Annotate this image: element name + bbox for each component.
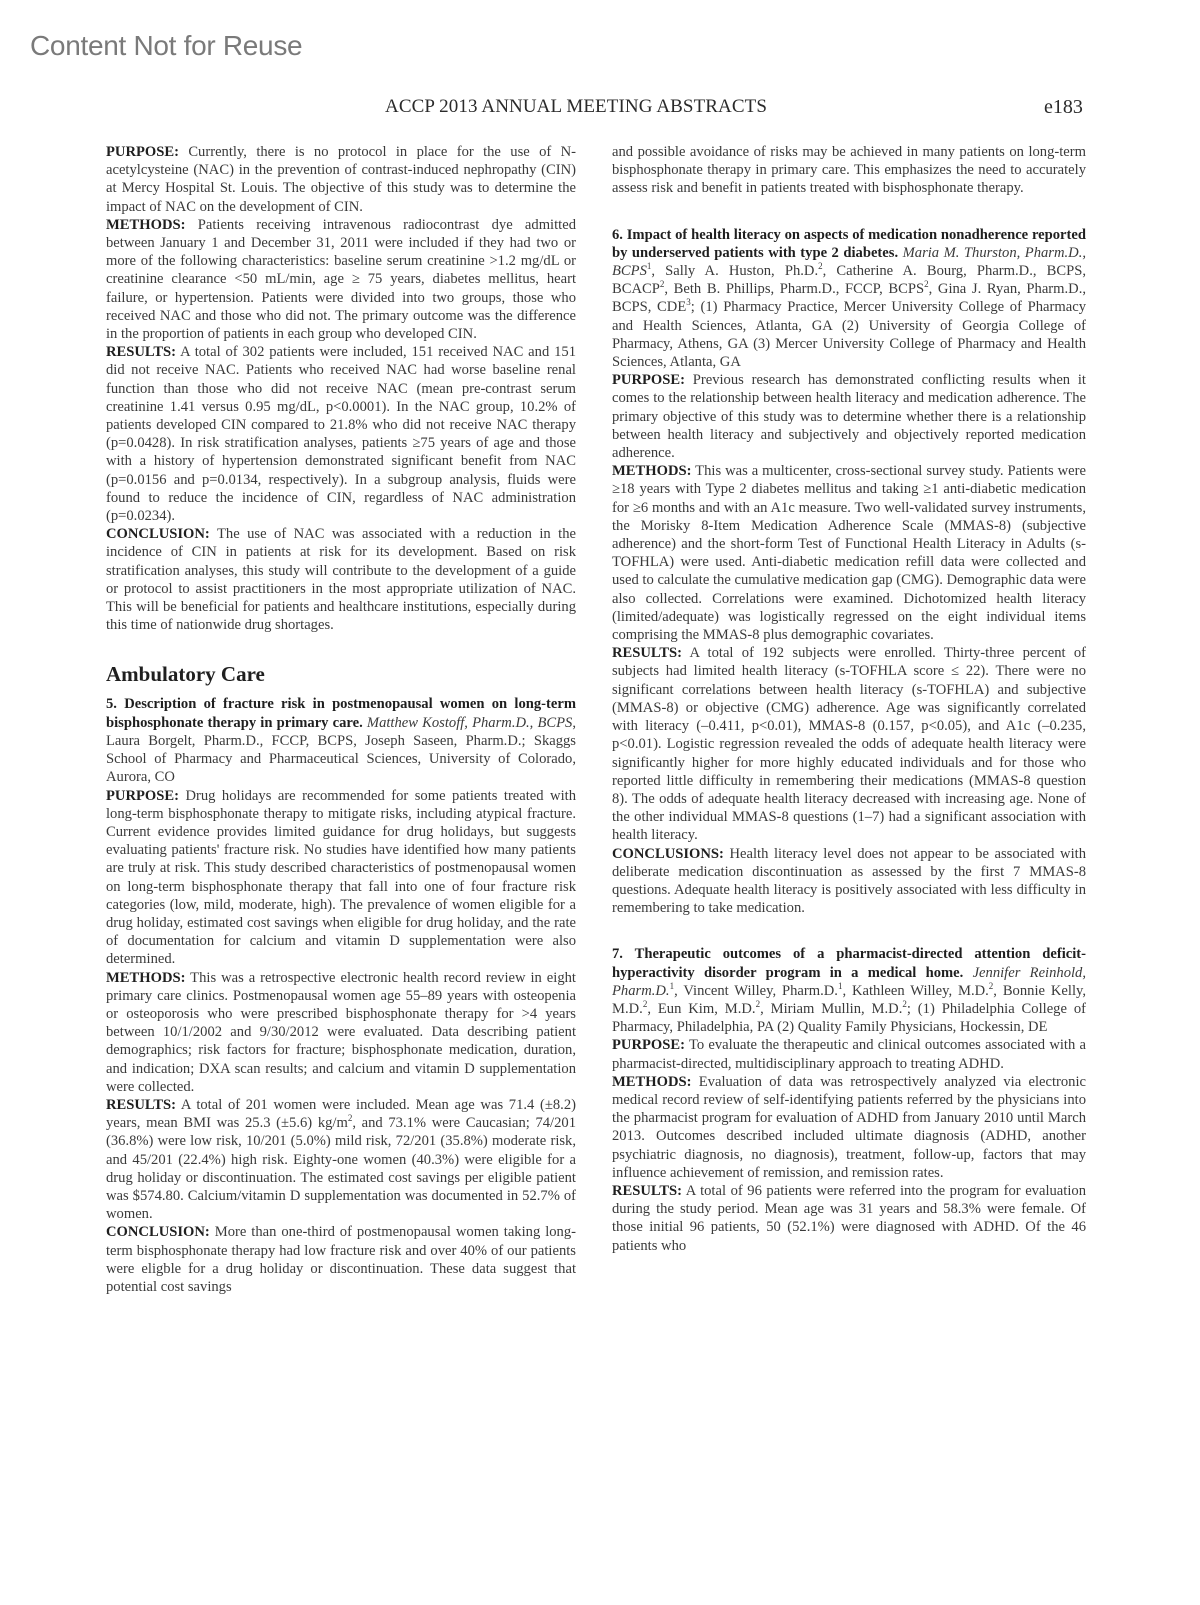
abstract-6-conclusions: CONCLUSIONS: Health literacy level does …	[612, 845, 1086, 918]
left-column: PURPOSE: Currently, there is no protocol…	[106, 143, 576, 1296]
purpose-label: PURPOSE:	[612, 1037, 685, 1053]
spacer	[612, 198, 1086, 226]
right-column: and possible avoidance of risks may be a…	[612, 143, 1086, 1255]
results-text: A total of 96 patients were referred int…	[612, 1183, 1086, 1254]
purpose-text: Drug holidays are recommended for some p…	[106, 788, 576, 968]
abstract-6-purpose: PURPOSE: Previous research has demonstra…	[612, 371, 1086, 462]
author: , Eun Kim, M.D.	[647, 1001, 755, 1017]
methods-label: METHODS:	[612, 463, 691, 479]
abstract-4-results: RESULTS: A total of 302 patients were in…	[106, 343, 576, 525]
abstract-6-methods: METHODS: This was a multicenter, cross-s…	[612, 462, 1086, 644]
abstract-4-purpose: PURPOSE: Currently, there is no protocol…	[106, 143, 576, 216]
abstract-6-header: 6. Impact of health literacy on aspects …	[612, 226, 1086, 372]
purpose-label: PURPOSE:	[106, 788, 179, 804]
abstract-5-header: 5. Description of fracture risk in postm…	[106, 695, 576, 786]
results-label: RESULTS:	[612, 645, 682, 661]
methods-text: This was a multicenter, cross-sectional …	[612, 463, 1086, 643]
abstract-5-continued: and possible avoidance of risks may be a…	[612, 143, 1086, 198]
abstract-4-methods: METHODS: Patients receiving intravenous …	[106, 216, 576, 343]
abstract-5-methods: METHODS: This was a retrospective electr…	[106, 969, 576, 1096]
watermark: Content Not for Reuse	[30, 30, 302, 62]
abstract-7-purpose: PURPOSE: To evaluate the therapeutic and…	[612, 1036, 1086, 1072]
methods-text: This was a retrospective electronic heal…	[106, 970, 576, 1095]
results-label: RESULTS:	[612, 1183, 682, 1199]
author: , Sally A. Huston, Ph.D.	[651, 263, 818, 279]
purpose-label: PURPOSE:	[612, 372, 685, 388]
author: , Beth B. Phillips, Pharm.D., FCCP, BCPS	[664, 281, 924, 297]
methods-label: METHODS:	[612, 1074, 691, 1090]
author: , Vincent Willey, Pharm.D.	[674, 983, 838, 999]
conclusion-text: The use of NAC was associated with a red…	[106, 526, 576, 633]
methods-text: Patients receiving intravenous radiocont…	[106, 217, 576, 342]
section-heading: Ambulatory Care	[106, 662, 576, 686]
abstract-5-results: RESULTS: A total of 201 women were inclu…	[106, 1096, 576, 1223]
results-label: RESULTS:	[106, 344, 176, 360]
results-text-cont: , and 73.1% were Caucasian; 74/201 (36.8…	[106, 1115, 576, 1222]
page-number: e183	[1044, 96, 1083, 119]
author: , Kathleen Willey, M.D.	[842, 983, 988, 999]
methods-label: METHODS:	[106, 217, 185, 233]
author: , Miriam Mullin, M.D.	[760, 1001, 902, 1017]
running-head: ACCP 2013 ANNUAL MEETING ABSTRACTS	[385, 96, 767, 118]
conclusion-label: CONCLUSION:	[106, 1224, 210, 1240]
results-text: A total of 192 subjects were enrolled. T…	[612, 645, 1086, 843]
abstract-6-results: RESULTS: A total of 192 subjects were en…	[612, 644, 1086, 844]
spacer	[612, 917, 1086, 945]
purpose-label: PURPOSE:	[106, 144, 179, 160]
results-label: RESULTS:	[106, 1097, 176, 1113]
abstract-7-results: RESULTS: A total of 96 patients were ref…	[612, 1182, 1086, 1255]
conclusion-label: CONCLUSION:	[106, 526, 210, 542]
methods-label: METHODS:	[106, 970, 185, 986]
first-author: Matthew Kostoff, Pharm.D., BCPS	[367, 715, 572, 731]
abstract-7-methods: METHODS: Evaluation of data was retrospe…	[612, 1073, 1086, 1182]
abstract-5-conclusion: CONCLUSION: More than one-third of postm…	[106, 1223, 576, 1296]
abstract-7-header: 7. Therapeutic outcomes of a pharmacist-…	[612, 945, 1086, 1036]
abstract-5-purpose: PURPOSE: Drug holidays are recommended f…	[106, 787, 576, 969]
abstract-4-conclusion: CONCLUSION: The use of NAC was associate…	[106, 525, 576, 634]
conclusions-label: CONCLUSIONS:	[612, 846, 724, 862]
results-text: A total of 302 patients were included, 1…	[106, 344, 576, 524]
